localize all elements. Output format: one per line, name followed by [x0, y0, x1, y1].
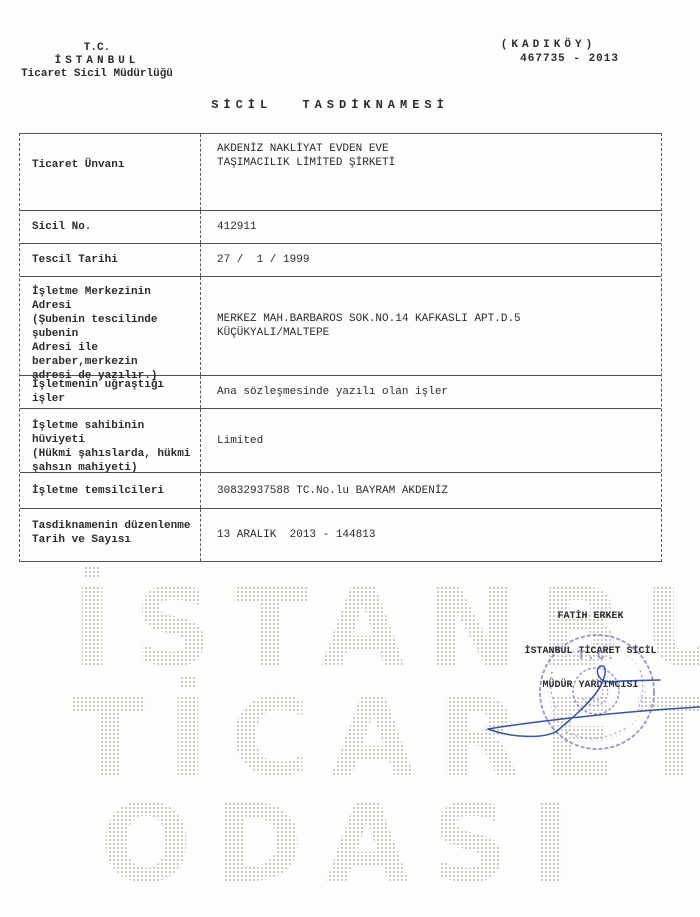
table-row: İşletme Merkezinin Adresi (Şubenin tesci…: [20, 276, 661, 375]
row-value: AKDENİZ NAKLİYAT EVDEN EVE TAŞIMACILIK L…: [201, 134, 661, 210]
signatory-block: FATİH ERKEK İSTANBUL TİCARET SİCİL MÜDÜR…: [498, 588, 683, 715]
registry-reference-block: (KADIKÖY) 467735 - 2013: [478, 38, 619, 66]
row-label: İşletme temsilcileri: [20, 473, 201, 508]
district-name: (KADIKÖY): [478, 38, 619, 52]
document-number: 467735 - 2013: [478, 52, 619, 66]
row-value: 13 ARALIK 2013 - 144813: [201, 509, 661, 561]
table-row: İşletme temsilcileri 30832937588 TC.No.l…: [20, 472, 661, 508]
table-row: İşletme sahibinin hüviyeti (Hükmi şahısl…: [20, 408, 661, 472]
office-name: Ticaret Sicil Müdürlüğü: [16, 68, 178, 81]
row-value: MERKEZ MAH.BARBAROS SOK.NO.14 KAFKASLI A…: [201, 277, 661, 375]
document-title: SİCİL TASDİKNAMESİ: [0, 98, 660, 112]
row-label: Tasdiknamenin düzenlenme Tarih ve Sayısı: [20, 509, 201, 561]
city-name: İSTANBUL: [16, 55, 178, 68]
signatory-name: FATİH ERKEK: [498, 611, 683, 623]
row-label: İşletme Merkezinin Adresi (Şubenin tesci…: [20, 277, 201, 375]
row-value: Limited: [201, 409, 661, 472]
row-label: Ticaret Ünvanı: [20, 134, 201, 210]
table-row: Sicil No. 412911: [20, 210, 661, 243]
row-value: 27 / 1 / 1999: [201, 244, 661, 276]
table-row: Tasdiknamenin düzenlenme Tarih ve Sayısı…: [20, 508, 661, 561]
table-row: İşletmenin uğraştığı işler Ana sözleşmes…: [20, 375, 661, 408]
watermark-line-3: ODASI: [100, 782, 593, 907]
row-label: Sicil No.: [20, 211, 201, 243]
republic-abbrev: T.C.: [16, 42, 178, 55]
row-label: İşletme sahibinin hüviyeti (Hükmi şahısl…: [20, 409, 201, 472]
issuing-office-block: T.C. İSTANBUL Ticaret Sicil Müdürlüğü: [16, 42, 178, 81]
row-value: Ana sözleşmesinde yazılı olan işler: [201, 376, 661, 408]
row-label: Tescil Tarihi: [20, 244, 201, 276]
signatory-org: İSTANBUL TİCARET SİCİL: [498, 646, 683, 658]
row-value: 30832937588 TC.No.lu BAYRAM AKDENİZ: [201, 473, 661, 508]
table-row: Tescil Tarihi 27 / 1 / 1999: [20, 243, 661, 276]
row-label: İşletmenin uğraştığı işler: [20, 376, 201, 408]
table-row: Ticaret Ünvanı AKDENİZ NAKLİYAT EVDEN EV…: [20, 134, 661, 210]
registry-certificate-page: İSTANBUL TİCARET ODASI T.C. İSTANBUL Tic…: [0, 0, 700, 917]
registry-table: Ticaret Ünvanı AKDENİZ NAKLİYAT EVDEN EV…: [19, 133, 662, 562]
row-value: 412911: [201, 211, 661, 243]
signatory-role: MÜDÜR YARDIMCISI: [498, 680, 683, 692]
